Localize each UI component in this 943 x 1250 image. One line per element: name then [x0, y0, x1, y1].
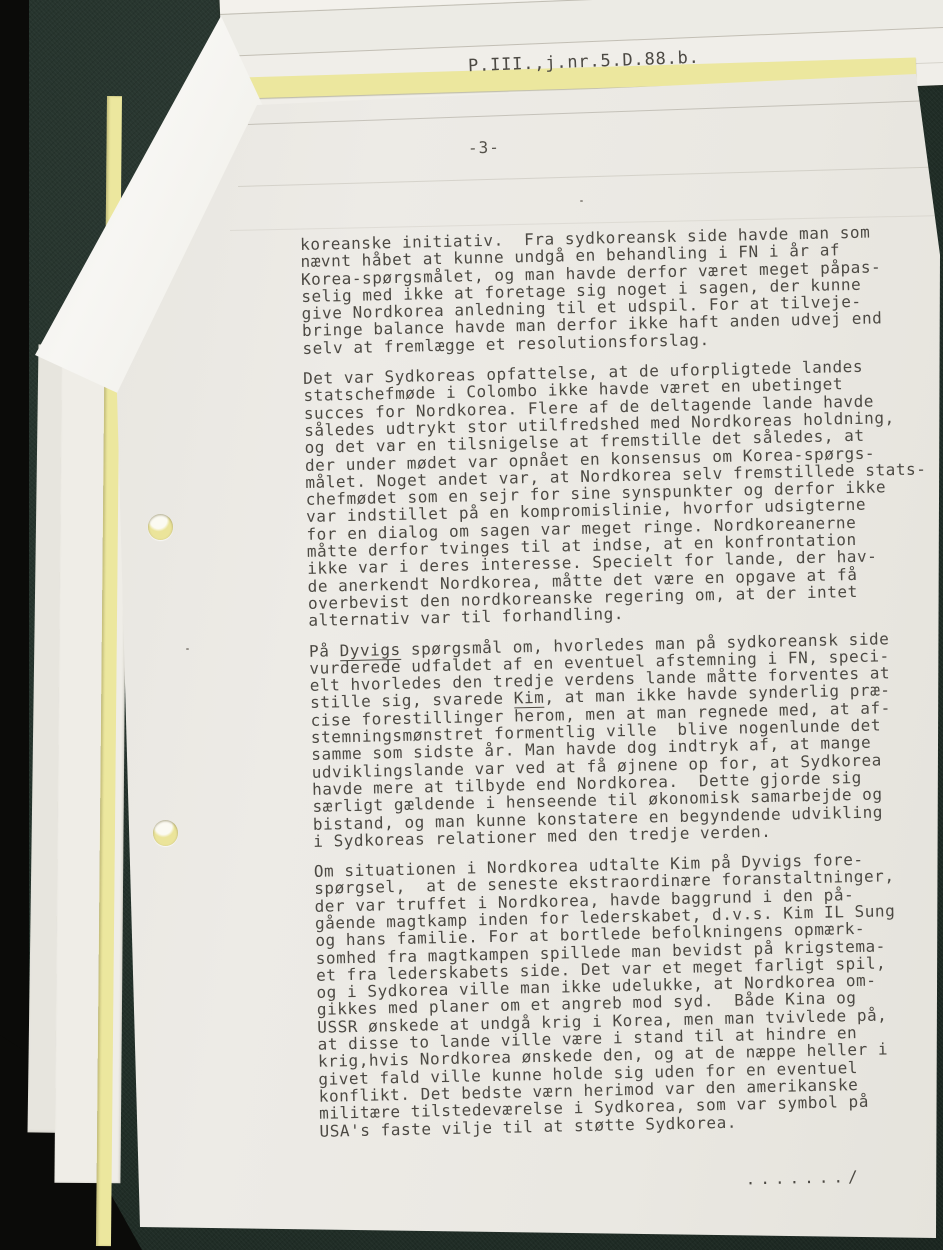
sheet-crease [220, 0, 943, 15]
paper-speck [186, 648, 189, 650]
paper-speck [580, 200, 583, 202]
punch-hole [153, 820, 178, 846]
paragraphs: koreanske initiativ. Fra sydkoreansk sid… [300, 223, 910, 1139]
page-number: -3- [468, 138, 500, 158]
paragraph: koreanske initiativ. Fra sydkoreansk sid… [300, 223, 893, 357]
punch-hole [148, 514, 173, 540]
paper-crease [248, 100, 928, 125]
scanned-document: P.III.,j.nr.5.D.88.b. -3- koreanske init… [0, 0, 943, 1250]
paper-crease [238, 166, 938, 187]
paragraph: På Dyvigs spørgsmål om, hvorledes man på… [309, 630, 903, 850]
typed-text: koreanske initiativ. Fra sydkoreansk sid… [300, 223, 911, 1197]
paragraph: Om situationen i Nordkorea udtalte Kim p… [314, 850, 910, 1140]
paragraph: Det var Sydkoreas opfattelse, at de ufor… [303, 357, 899, 629]
